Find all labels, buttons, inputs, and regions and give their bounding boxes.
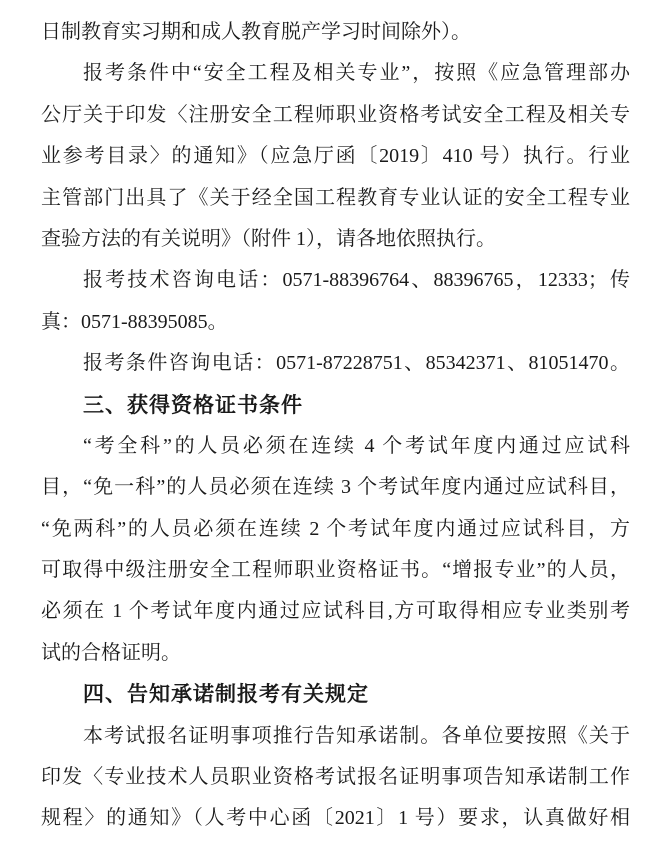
section-heading: 三、获得资格证书条件 xyxy=(41,385,630,426)
text-line: 可取得中级注册安全工程师职业资格证书。“增报专业”的人员， xyxy=(41,550,630,591)
text-line: 规程〉的通知》（人考中心函〔2021〕1 号）要求，认真做好相 xyxy=(41,798,630,839)
text-line: 必须在 1 个考试年度内通过应试科目,方可取得相应专业类别考 xyxy=(41,591,630,632)
text-line: 真：0571-88395085。 xyxy=(41,302,630,343)
text-line: 报考条件中“安全工程及相关专业”，按照《应急管理部办 xyxy=(41,53,630,94)
text-line: 本考试报名证明事项推行告知承诺制。各单位要按照《关于 xyxy=(41,716,630,757)
text-line: 试的合格证明。 xyxy=(41,633,630,674)
text-line: 印发〈专业技术人员职业资格考试报名证明事项告知承诺制工作 xyxy=(41,757,630,798)
text-line: 日制教育实习期和成人教育脱产学习时间除外）。 xyxy=(41,12,630,53)
text-line: 报考条件咨询电话：0571-87228751、85342371、81051470… xyxy=(41,343,630,384)
text-line: 报考技术咨询电话：0571-88396764、88396765，12333；传 xyxy=(41,260,630,301)
section-heading: 四、告知承诺制报考有关规定 xyxy=(41,674,630,715)
text-line: 主管部门出具了《关于经全国工程教育专业认证的安全工程专业 xyxy=(41,178,630,219)
text-line: “免两科”的人员必须在连续 2 个考试年度内通过应试科目，方 xyxy=(41,509,630,550)
text-line: 公厅关于印发〈注册安全工程师职业资格考试安全工程及相关专 xyxy=(41,95,630,136)
text-line: 业参考目录〉的通知》（应急厅函〔2019〕410 号）执行。行业 xyxy=(41,136,630,177)
text-line: “考全科”的人员必须在连续 4 个考试年度内通过应试科 xyxy=(41,426,630,467)
document-body: 日制教育实习期和成人教育脱产学习时间除外）。报考条件中“安全工程及相关专业”，按… xyxy=(41,12,630,840)
document-page: 日制教育实习期和成人教育脱产学习时间除外）。报考条件中“安全工程及相关专业”，按… xyxy=(0,0,669,845)
text-line: 查验方法的有关说明》（附件 1），请各地依照执行。 xyxy=(41,219,630,260)
text-line: 目，“免一科”的人员必须在连续 3 个考试年度内通过应试科目， xyxy=(41,467,630,508)
